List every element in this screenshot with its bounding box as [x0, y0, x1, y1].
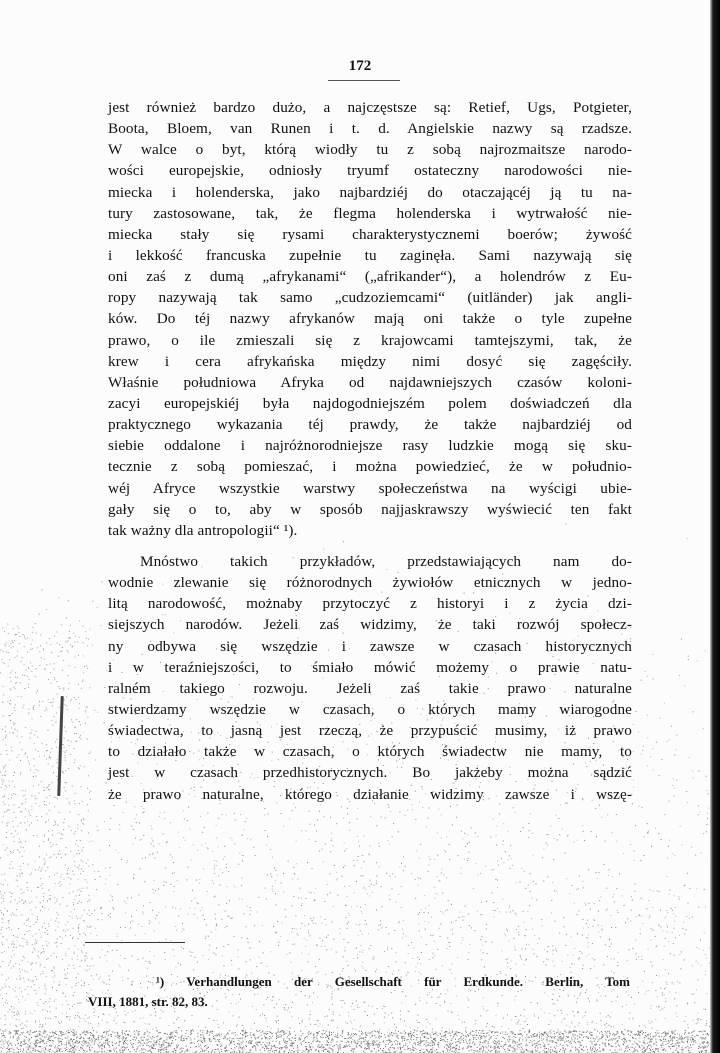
text-line: miecka i holenderska, jako najbardziéj d… [108, 182, 632, 203]
text-line: siebie oddalone i najróżnorodniejsze ras… [108, 435, 632, 456]
text-line: wodnie zlewanie się różnorodnych żywiołó… [108, 572, 632, 593]
text-line: tury zastosowane, tak, że flegma holende… [108, 203, 632, 224]
text-line: krew i cera afrykańska między nimi dosyć… [108, 351, 632, 372]
text-line: oni zaś z dumą „afrykanami“ („afrikander… [108, 266, 632, 287]
paragraph-2: Mnóstwo takich przykładów, przedstawiają… [108, 551, 632, 805]
body-text: jest również bardzo dużo, a najczęstsze … [108, 97, 632, 805]
text-line: stwierdzamy wszędzie w czasach, o któryc… [108, 699, 632, 720]
text-line: wéj Afryce wszystkie warstwy społeczeńst… [108, 478, 632, 499]
margin-pencil-mark [57, 696, 63, 796]
text-line: i lekkość francuska zupełnie tu zaginęła… [108, 245, 632, 266]
text-line: to działało także w czasach, o których ś… [108, 741, 632, 762]
footnote-line: VIII, 1881, str. 82, 83. [88, 992, 630, 1012]
footnote-line: ¹) Verhandlungen der Gesellschaft für Er… [118, 972, 630, 992]
footnote-text: Verhandlungen der Gesellschaft für Erdku… [186, 974, 630, 989]
scan-edge [710, 0, 720, 1053]
text-line: zacyi europejskiéj była najdogodniejszém… [108, 393, 632, 414]
text-line: prawo, o ile zmieszali się z krajowcami … [108, 330, 632, 351]
text-line: siejszych narodów. Jeżeli zaś widzimy, ż… [108, 614, 632, 635]
footnote-marker: ¹) [156, 974, 164, 989]
text-line: Mnóstwo takich przykładów, przedstawiają… [108, 551, 632, 572]
text-line: ny odbywa się wszędzie i zawsze w czasac… [108, 636, 632, 657]
text-line: Właśnie południowa Afryka od najdawniejs… [108, 372, 632, 393]
page-number: 172 [0, 58, 720, 75]
text-line: Boota, Bloem, van Runen i t. d. Angielsk… [108, 118, 632, 139]
text-line: świadectwa, to jasną jest rzeczą, że prz… [108, 720, 632, 741]
text-line-footnote-ref: tak ważny dla antropologii“ ¹). [108, 520, 632, 541]
text-line: ropy nazywają tak samo „cudzoziemcami“ (… [108, 287, 632, 308]
page-number-rule [328, 80, 400, 81]
text-line: jest w czasach przedhistorycznych. Bo ja… [108, 762, 632, 783]
text-line: że prawo naturalne, którego działanie wi… [108, 784, 632, 805]
text-line: miecka stały się rysami charakterystyczn… [108, 224, 632, 245]
paragraph-gap [108, 541, 632, 551]
scanned-page: 172 jest również bardzo dużo, a najczęst… [0, 0, 720, 1053]
text-line: wości europejskie, odniosły tryumf ostat… [108, 160, 632, 181]
text-line: ków. Do téj nazwy afrykanów mają oni tak… [108, 308, 632, 329]
text-line: i w teraźniejszości, to śmiało mówić moż… [108, 657, 632, 678]
text-line: ralném takiego rozwoju. Jeżeli zaś takie… [108, 678, 632, 699]
footnote: ¹) Verhandlungen der Gesellschaft für Er… [118, 972, 630, 1012]
text-line: praktycznego wykazania téj prawdy, że ta… [108, 414, 632, 435]
text-line: W walce o byt, którą wiodły tu z sobą na… [108, 139, 632, 160]
text-line: tecznie z sobą pomieszać, i można powied… [108, 456, 632, 477]
text-line: jest również bardzo dużo, a najczęstsze … [108, 97, 632, 118]
text-line: litą narodowość, możnaby przytoczyć z hi… [108, 593, 632, 614]
text-line: gały się o to, aby w sposób najjaskrawsz… [108, 499, 632, 520]
paragraph-1: jest również bardzo dużo, a najczęstsze … [108, 97, 632, 541]
footnote-rule [85, 942, 185, 943]
